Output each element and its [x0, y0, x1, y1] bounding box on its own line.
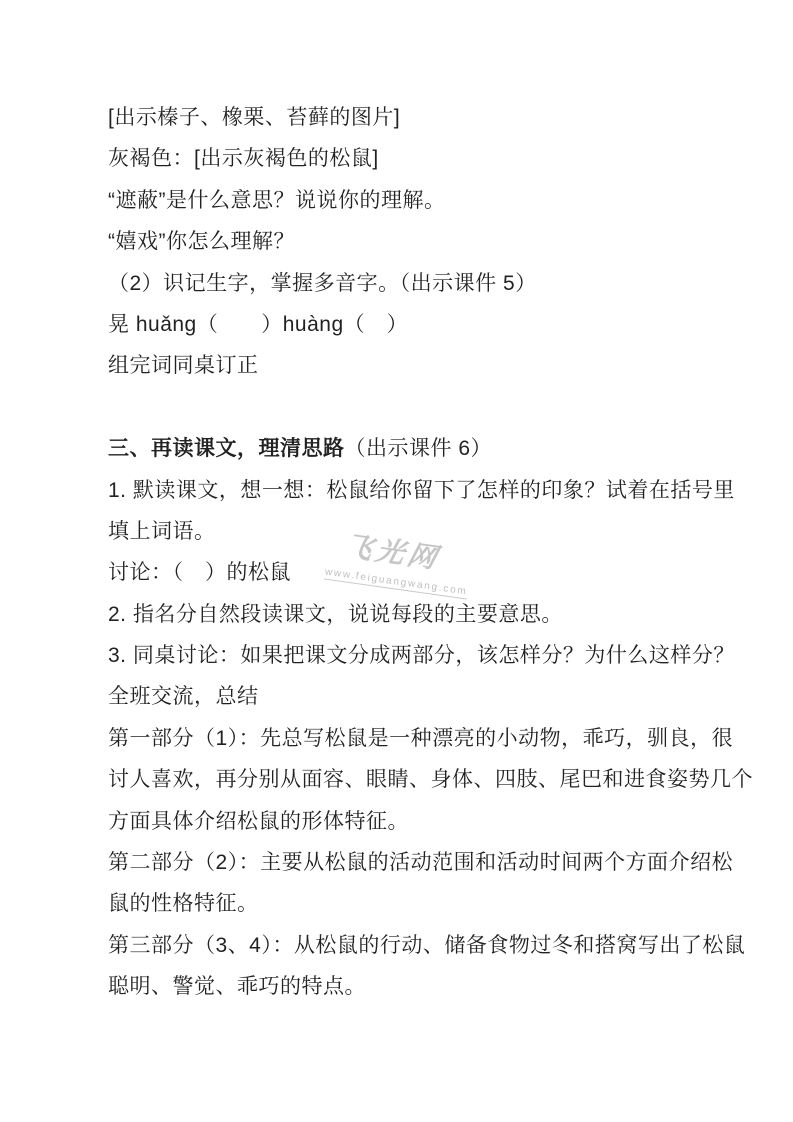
text-line: “嬉戏”你怎么理解？	[108, 221, 708, 262]
text-line: 晃 huǎng（ ）huàng（ ）	[108, 304, 708, 345]
text-line: 讨论：（ ）的松鼠	[108, 552, 708, 593]
text-line: 三、再读课文，理清思路（出示课件 6）	[108, 428, 708, 469]
text-segment: 聪明、警觉、乖巧的特点。	[108, 975, 366, 998]
text-line: 组完词同桌订正	[108, 345, 708, 386]
text-line: [出示榛子、橡栗、苔藓的图片]	[108, 97, 708, 138]
text-line: 聪明、警觉、乖巧的特点。	[108, 966, 708, 1007]
blank-line	[108, 387, 708, 428]
text-line: 全班交流，总结	[108, 676, 708, 717]
document-page: [出示榛子、橡栗、苔藓的图片]灰褐色：[出示灰褐色的松鼠]“遮蔽”是什么意思？说…	[0, 0, 793, 1122]
text-line: 第一部分（1）：先总写松鼠是一种漂亮的小动物，乖巧，驯良，很	[108, 718, 708, 759]
text-line: 填上词语。	[108, 511, 708, 552]
text-segment: 填上词语。	[108, 520, 216, 543]
text-segment: 2. 指名分自然段读课文，说说每段的主要意思。	[108, 603, 563, 626]
text-segment: 讨论：（ ）的松鼠	[108, 561, 291, 584]
text-line: 讨人喜欢，再分别从面容、眼睛、身体、四肢、尾巴和进食姿势几个	[108, 759, 708, 800]
text-segment: 3. 同桌讨论：如果把课文分成两部分，该怎样分？为什么这样分？	[108, 644, 735, 667]
text-line: 鼠的性格特征。	[108, 883, 708, 924]
text-segment: 灰褐色：[出示灰褐色的松鼠]	[108, 147, 379, 170]
text-segment: （2）识记生字，掌握多音字。（出示课件 5）	[108, 272, 537, 295]
text-segment: 方面具体介绍松鼠的形体特征。	[108, 810, 409, 833]
text-segment: “嬉戏”你怎么理解？	[108, 230, 295, 253]
text-segment: 1. 默读课文，想一想：松鼠给你留下了怎样的印象？试着在括号里	[108, 479, 735, 502]
document-body: [出示榛子、橡栗、苔藓的图片]灰褐色：[出示灰褐色的松鼠]“遮蔽”是什么意思？说…	[108, 97, 708, 1008]
text-segment: 第二部分（2）：主要从松鼠的活动范围和活动时间两个方面介绍松	[108, 851, 733, 874]
text-line: 3. 同桌讨论：如果把课文分成两部分，该怎样分？为什么这样分？	[108, 635, 708, 676]
text-segment: 鼠的性格特征。	[108, 892, 259, 915]
text-segment: 第三部分（3、4）：从松鼠的行动、储备食物过冬和搭窝写出了松鼠	[108, 934, 745, 957]
text-segment: [出示榛子、橡栗、苔藓的图片]	[108, 106, 400, 129]
text-line: “遮蔽”是什么意思？说说你的理解。	[108, 180, 708, 221]
text-segment: “遮蔽”是什么意思？说说你的理解。	[108, 189, 446, 212]
text-segment: 晃 huǎng（ ）huàng（ ）	[108, 313, 408, 336]
text-segment-bold: 三、再读课文，理清思路	[108, 437, 345, 460]
text-line: 灰褐色：[出示灰褐色的松鼠]	[108, 138, 708, 179]
text-segment: 讨人喜欢，再分别从面容、眼睛、身体、四肢、尾巴和进食姿势几个	[108, 768, 753, 791]
text-segment: 组完词同桌订正	[108, 354, 259, 377]
text-line: 方面具体介绍松鼠的形体特征。	[108, 801, 708, 842]
text-line: 2. 指名分自然段读课文，说说每段的主要意思。	[108, 594, 708, 635]
text-segment: （出示课件 6）	[345, 437, 493, 460]
text-line: （2）识记生字，掌握多音字。（出示课件 5）	[108, 263, 708, 304]
text-line: 第三部分（3、4）：从松鼠的行动、储备食物过冬和搭窝写出了松鼠	[108, 925, 708, 966]
text-line: 第二部分（2）：主要从松鼠的活动范围和活动时间两个方面介绍松	[108, 842, 708, 883]
text-segment: 第一部分（1）：先总写松鼠是一种漂亮的小动物，乖巧，驯良，很	[108, 727, 733, 750]
text-segment: 全班交流，总结	[108, 685, 259, 708]
text-line: 1. 默读课文，想一想：松鼠给你留下了怎样的印象？试着在括号里	[108, 470, 708, 511]
